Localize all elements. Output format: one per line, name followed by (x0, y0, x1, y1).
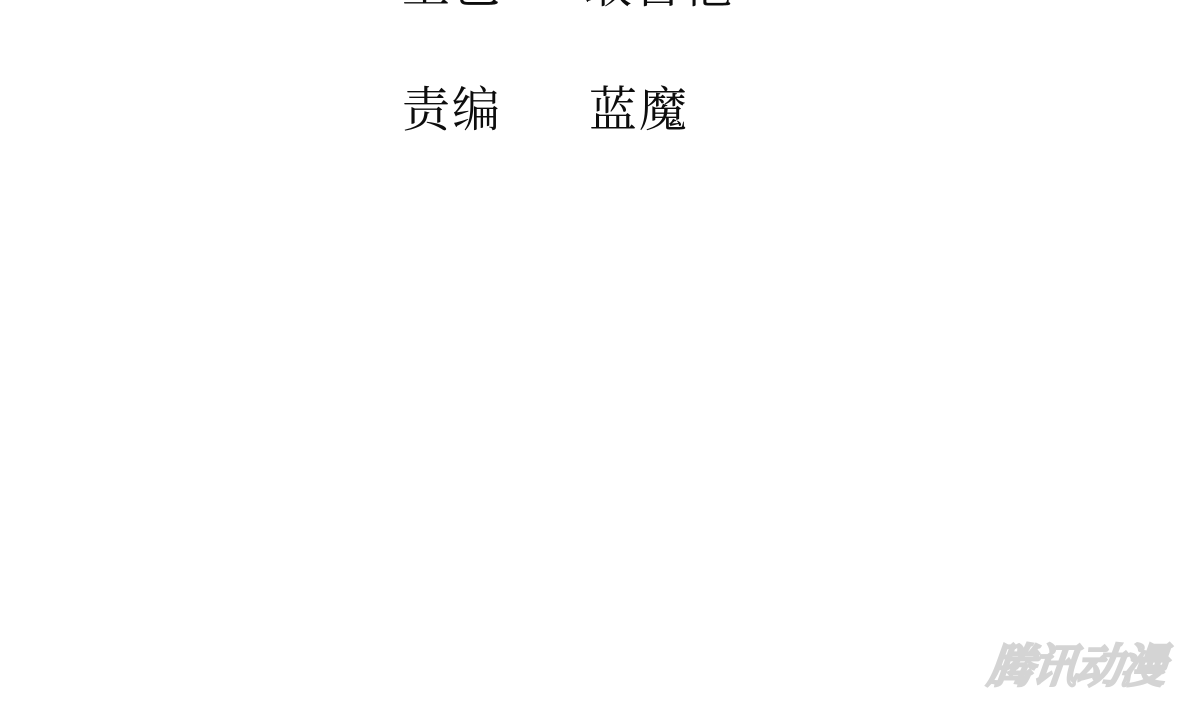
credit-row-colorist: 上色 敢吉恺 (0, 0, 1200, 16)
credit-role-label: 上色 (402, 0, 502, 16)
tencent-comics-watermark-logo: 腾讯动漫 (985, 640, 1185, 692)
credit-row-editor: 责编 蓝魔 (0, 80, 1200, 140)
credit-role-label: 责编 (402, 80, 502, 140)
credit-name: 敢吉恺 (584, 0, 734, 16)
credit-name: 蓝魔 (589, 80, 689, 140)
